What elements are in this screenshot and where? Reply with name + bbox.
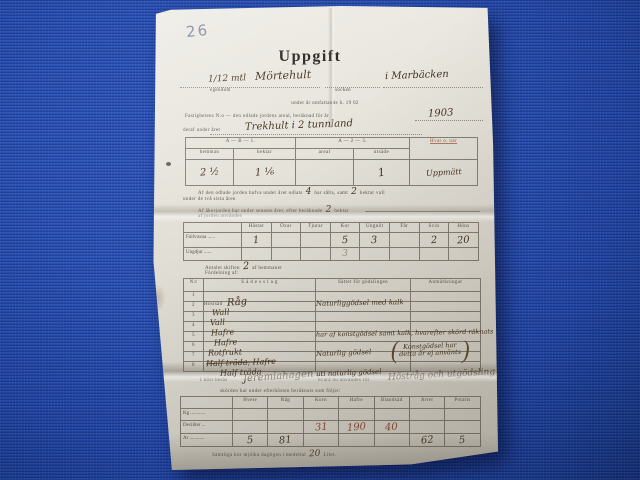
paragraph-line: Af den odlade jorden hafva under året od… — [198, 187, 385, 197]
area-sub-header: hemman — [186, 149, 234, 160]
harvest-cell — [233, 409, 268, 421]
milk-line: Samtliga kor mjölka dagligen i medeltal … — [212, 449, 336, 459]
field-manure-cell: har af konstgödsel samt kalk, hvarefter … — [316, 322, 411, 332]
document-paper: 26 Uppgift 1/12 mtl Mörtehult i Marbäcke… — [150, 6, 498, 470]
livestock-cell: 2 — [420, 233, 450, 248]
manure-entry: uti naturlig gödsel — [316, 368, 382, 378]
dotted-line — [325, 86, 380, 88]
archive-number: 26 — [185, 21, 210, 41]
printed-text: Samtliga kor mjölka dagligen i medeltal — [212, 453, 306, 458]
area-sub-header: areal — [296, 149, 354, 160]
livestock-table: Hästar Oxar Tjurar Kor Ungnöt Får Svin H… — [183, 222, 479, 261]
field-row-number: 8 — [184, 362, 204, 372]
livestock-value: 3 — [371, 234, 378, 245]
ink-strike-line — [365, 210, 480, 212]
harvest-value: 31 — [314, 421, 328, 433]
fields-table: N:r S ä d e s s l a g Sättet för gödslin… — [183, 278, 481, 372]
fields-header: S ä d e s s l a g — [204, 279, 316, 292]
estate-label: egendom — [210, 88, 231, 93]
field-crop-cell: Half träda — [204, 362, 316, 372]
livestock-header: Ungnöt — [360, 223, 390, 233]
printed-text: Af den odlade jorden hafva under året od… — [198, 191, 303, 196]
area-value: Uppmätt — [425, 167, 461, 178]
area-value-cell — [296, 160, 354, 186]
form-title: Uppgift — [220, 48, 400, 66]
livestock-cell — [272, 248, 302, 261]
area-value-cell: 2 ½ — [186, 160, 234, 186]
field-crop-cell: Hafre — [204, 322, 316, 332]
printed-text: hektar vall — [360, 191, 385, 196]
harvest-cell — [445, 409, 480, 421]
area-sub-header: utsäde — [354, 149, 410, 160]
livestock-cell — [420, 248, 450, 261]
livestock-header: Oxar — [272, 223, 302, 233]
holding-entry: Trekhult i 2 tunnland — [245, 118, 353, 133]
field-remark-cell — [411, 302, 481, 312]
harvest-header: Hvete — [233, 397, 268, 409]
paragraph-line: af jorden användes — [198, 214, 242, 219]
printed-text: hektar — [334, 209, 349, 214]
harvest-cell — [445, 421, 480, 434]
harvest-cell: 62 — [410, 434, 445, 447]
harvest-value: 190 — [346, 421, 366, 434]
harvest-table: Hvete Råg Korn Hafre Blandsäd Ärter Pota… — [180, 396, 481, 447]
ink-speck — [166, 162, 171, 166]
field-crop-cell: Hafre — [204, 332, 316, 342]
field-crop-cell: Höstsäd Råg — [204, 292, 316, 302]
harvest-header: Ärter — [410, 397, 445, 409]
harvest-header: Korn — [304, 397, 339, 409]
printed-text: Liter. — [324, 453, 337, 458]
stain — [150, 284, 166, 312]
parish-label: socken — [335, 88, 351, 93]
harvest-cell — [268, 409, 303, 421]
harvest-cell — [233, 421, 268, 434]
field-row-number: 2 — [184, 302, 204, 312]
harvest-cell — [339, 434, 374, 447]
field-manure-cell — [316, 312, 411, 322]
livestock-row-label: Ungdjur ...... — [184, 248, 242, 261]
livestock-value: 5 — [342, 234, 349, 245]
harvest-value: 5 — [459, 434, 466, 446]
area-group-header: A — 2 — 3. — [296, 138, 410, 149]
harvest-cell — [339, 409, 374, 421]
area-value-cell: Uppmätt — [410, 160, 478, 186]
harvest-cell — [268, 421, 303, 434]
dotted-line — [180, 86, 320, 88]
paragraph-line: under de två sista åren — [183, 197, 236, 202]
printed-text: hvarå nu användes till — [318, 378, 370, 383]
livestock-cell: 3 — [360, 233, 390, 248]
field-remark-cell — [411, 292, 481, 302]
area-table: A — B — 1. A — 2 — 3. Hvar o. när hemman… — [185, 137, 478, 186]
dotted-line — [210, 133, 422, 135]
area-value: 1 — [377, 165, 386, 179]
field-crop-cell: Rotfrukt — [204, 342, 316, 352]
year-value: 1903 — [428, 107, 454, 119]
livestock-cell — [301, 233, 331, 248]
mantal-fraction: 1/12 mtl — [208, 73, 246, 84]
handwritten-number: 2 — [326, 205, 332, 215]
livestock-header: Hästar — [242, 223, 272, 233]
printed-text: skörden har under efterhösten beräknats … — [220, 389, 341, 394]
field-row-number: 1 — [184, 292, 204, 302]
livestock-value: 20 — [457, 234, 470, 246]
area-group-header: Hvar o. när — [410, 138, 478, 160]
livestock-cell: 3 — [331, 248, 361, 261]
harvest-cell — [304, 434, 339, 447]
harvest-cell: 5 — [445, 434, 480, 447]
milk-amount: 20 — [309, 449, 321, 460]
harvest-header: Potatis — [445, 397, 480, 409]
harvest-header: Råg — [268, 397, 303, 409]
area-value-cell: 1 ⅙ — [234, 160, 296, 186]
area-sub-header: hektar — [234, 149, 296, 160]
livestock-header: Tjurar — [301, 223, 331, 233]
field-crop-cell: Half träda, Hafre — [204, 352, 316, 362]
livestock-cell — [242, 248, 272, 261]
harvest-value: 40 — [385, 421, 399, 433]
printed-text: I höst besås — [200, 378, 228, 383]
harvest-cell — [410, 421, 445, 434]
period-line: under år omfattande h. 19 02 — [240, 101, 410, 106]
close-paren: ) — [462, 335, 469, 365]
harvest-value: 81 — [279, 434, 293, 446]
livestock-cell: 1 — [242, 233, 272, 248]
livestock-cell — [390, 248, 420, 261]
dotted-line — [383, 86, 483, 88]
year-line-printed: Fastighetens N:o — den odlade jordens ar… — [185, 114, 329, 119]
harvest-value: 62 — [420, 434, 434, 446]
livestock-value: 1 — [253, 234, 260, 246]
livestock-header: Kor — [331, 223, 361, 233]
crop-entry: Half träda — [220, 367, 262, 377]
fold-crease-vertical — [328, 8, 335, 128]
field-row-number: 7 — [184, 352, 204, 362]
handwritten-number: 2 — [242, 261, 249, 273]
fordelning-label: Fördelning af: — [205, 271, 238, 276]
livestock-header: Får — [390, 223, 420, 233]
livestock-header: Höns — [449, 223, 479, 233]
harvest-cell — [410, 409, 445, 421]
harvest-cell: 190 — [339, 421, 374, 434]
field-row-number: 4 — [184, 322, 204, 332]
printed-text: af hemmanet — [252, 266, 282, 271]
harvest-row-label: Ar ............ — [181, 434, 233, 447]
parish-name: i Marbäcken — [385, 69, 449, 82]
field-crop-cell: Wall — [204, 302, 316, 312]
handwritten-number: 2 — [351, 187, 357, 197]
field-row-number: 5 — [184, 332, 204, 342]
area-group-header: A — B — 1. — [186, 138, 296, 149]
livestock-cell — [360, 248, 390, 261]
harvest-cell: 31 — [304, 421, 339, 434]
livestock-cell — [301, 248, 331, 261]
harvest-row-label: Kg ............ — [181, 409, 233, 421]
livestock-cell — [449, 248, 479, 261]
harvest-value: 5 — [246, 434, 253, 446]
fields-header: Sättet för gödslingen — [316, 279, 411, 292]
livestock-cell: 5 — [331, 233, 361, 248]
printed-text: har sålts, samt — [314, 191, 348, 196]
estate-name: Mörtehult — [255, 68, 312, 83]
livestock-row-label: Fullvuxna ...... — [184, 233, 242, 248]
livestock-value: 3 — [342, 249, 348, 259]
harvest-header: Hafre — [339, 397, 374, 409]
handwritten-number: 4 — [306, 187, 312, 197]
harvest-cell: 5 — [233, 434, 268, 447]
livestock-header: Svin — [420, 223, 450, 233]
field-crop-cell: Vall — [204, 312, 316, 322]
harvest-row-label: Deciliter ... — [181, 421, 233, 434]
area-value-cell: 1 — [354, 160, 410, 186]
harvest-cell — [375, 409, 410, 421]
paper-shadow-wrap: 26 Uppgift 1/12 mtl Mörtehult i Marbäcke… — [150, 6, 498, 470]
fields-header: Anmärkningar — [411, 279, 481, 292]
harvest-cell — [375, 434, 410, 447]
harvest-header: Blandsäd — [375, 397, 410, 409]
fields-header: N:r — [184, 279, 204, 292]
harvest-cell — [304, 409, 339, 421]
harvest-cell: 40 — [375, 421, 410, 434]
livestock-value: 2 — [430, 234, 437, 245]
field-row-number: 6 — [184, 342, 204, 352]
field-manure-cell: Naturlig gödsel — [316, 342, 411, 352]
field-row-number: 3 — [184, 312, 204, 322]
dotted-line — [415, 119, 483, 121]
livestock-cell — [390, 233, 420, 248]
area-value: 2 ½ — [200, 166, 220, 178]
area-value: 1 ⅙ — [255, 166, 275, 178]
livestock-cell: 20 — [449, 233, 479, 248]
field-manure-cell: uti naturlig gödsel — [316, 362, 411, 372]
manure-entry: Naturliggödsel med kalk — [316, 298, 404, 308]
field-remark-cell — [411, 312, 481, 322]
harvest-cell: 81 — [268, 434, 303, 447]
harvest-corner-cell — [181, 397, 233, 409]
field-manure-cell: Naturliggödsel med kalk — [316, 292, 411, 302]
livestock-corner-cell — [184, 223, 242, 233]
livestock-cell — [272, 233, 302, 248]
